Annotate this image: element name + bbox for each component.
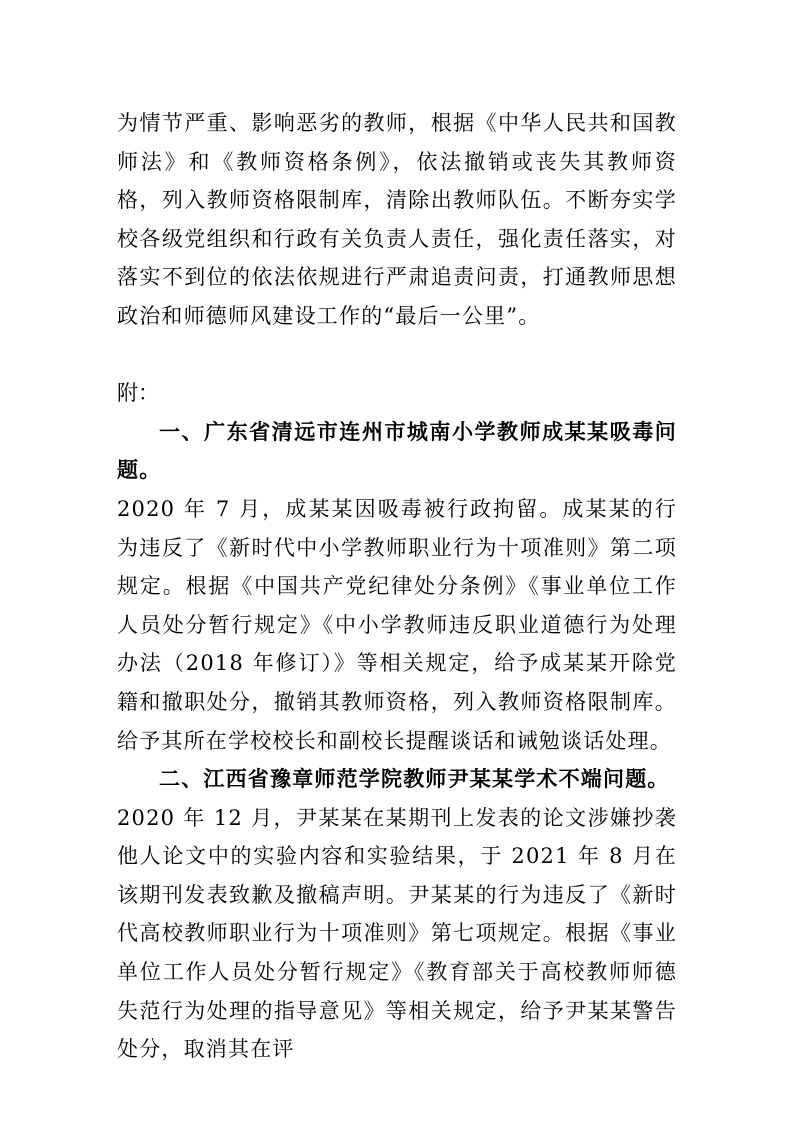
case-1-body: 2020 年 7 月，成某某因吸毒被行政拘留。成某某的行为违反了《新时代中小学教…: [117, 490, 677, 760]
continuation-paragraph: 为情节严重、影响恶劣的教师，根据《中华人民共和国教师法》和《教师资格条例》，依法…: [117, 104, 677, 336]
case-1-heading: 一、广东省清远市连州市城南小学教师成某某吸毒问题。: [117, 413, 677, 490]
attachment-label: 附：: [117, 374, 677, 413]
blank-line: [117, 336, 677, 375]
document-page: 为情节严重、影响恶劣的教师，根据《中华人民共和国教师法》和《教师资格条例》，依法…: [117, 104, 677, 1069]
case-2-heading: 二、江西省豫章师范学院教师尹某某学术不端问题。: [117, 760, 677, 799]
case-2-body: 2020 年 12 月，尹某某在某期刊上发表的论文涉嫌抄袭他人论文中的实验内容和…: [117, 799, 677, 1069]
